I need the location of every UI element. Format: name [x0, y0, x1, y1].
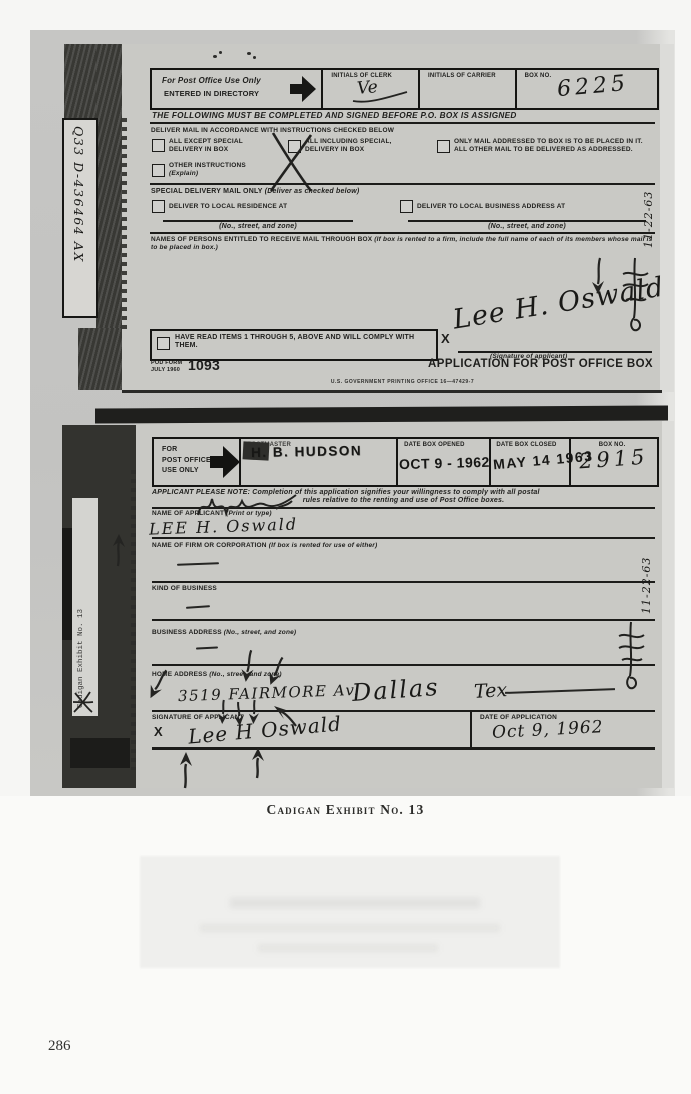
form2-dark-block	[70, 738, 130, 768]
form1-header-box: For Post Office Use Only ENTERED IN DIRE…	[150, 68, 659, 110]
bleed-through-line	[230, 898, 480, 908]
annotation-arrow-down	[588, 258, 608, 294]
annotation-arrow-down	[215, 700, 231, 725]
agreement-text: HAVE READ ITEMS 1 THROUGH 5, ABOVE AND W…	[175, 334, 425, 351]
date-opened-stamp: OCT 9 - 1962	[399, 454, 490, 472]
date-box-closed-label: DATE BOX CLOSED	[496, 442, 556, 449]
form2-header-cell-closed: DATE BOX CLOSED MAY 14 1963	[489, 439, 568, 485]
form1-margin-date: 11-22-63	[642, 184, 655, 248]
form1-bottom-edge	[122, 390, 662, 393]
rule	[152, 581, 655, 583]
form2-film-serration	[131, 470, 136, 770]
rule	[150, 183, 655, 185]
stray-mark	[253, 56, 256, 59]
stray-mark	[247, 52, 251, 55]
checkbox-all-except	[152, 139, 165, 152]
right-arrow-icon	[290, 76, 316, 102]
checkbox-other-instructions-label: OTHER INSTRUCTIONS (Explain)	[169, 162, 264, 178]
use-only-line3: USE ONLY	[162, 467, 199, 474]
form1-notice: THE FOLLOWING MUST BE COMPLETED AND SIGN…	[152, 111, 517, 121]
annotation-arrow-up	[176, 752, 194, 788]
margin-initials-scribble	[620, 256, 650, 336]
zone-caption-left: (No., street, and zone)	[163, 223, 353, 231]
checkbox-local-business	[400, 200, 413, 213]
stray-mark	[213, 55, 217, 58]
signature-x-mark: X	[441, 331, 450, 347]
form2-film-edge-dark-strip	[62, 528, 72, 640]
special-heading-text: SPECIAL DELIVERY MAIL ONLY	[151, 188, 263, 195]
form1-names-heading: NAMES OF PERSONS ENTITLED TO RECEIVE MAI…	[151, 236, 655, 252]
checkbox-all-except-label: ALL EXCEPT SPECIAL DELIVERY IN BOX	[169, 138, 255, 154]
names-heading-text: NAMES OF PERSONS ENTITLED TO RECEIVE MAI…	[151, 236, 372, 243]
checkbox-local-residence-label: DELIVER TO LOCAL RESIDENCE AT	[169, 203, 287, 211]
pod-form-label: POD FORM JULY 1960	[151, 360, 182, 373]
pod-form-number: 1093	[188, 357, 220, 374]
box-number-handwriting: 6225	[556, 71, 630, 102]
checkbox-other-instructions	[152, 164, 165, 177]
use-only-line2: POST OFFICE	[162, 457, 211, 464]
pod-form-line1: POD FORM	[151, 360, 182, 366]
bleed-through-line	[258, 944, 438, 952]
rule	[152, 537, 655, 539]
exhibit-caption: Cadigan Exhibit No. 13	[0, 802, 691, 818]
pen-swoosh	[351, 90, 409, 104]
use-only-line1: FOR	[162, 446, 177, 453]
pod-form-line2: JULY 1960	[151, 367, 180, 373]
address-line	[408, 220, 646, 222]
right-arrow-icon	[210, 446, 240, 478]
rule	[152, 747, 655, 750]
form2-evidence-tag-label: Cadigan Exhibit No. 13	[77, 502, 85, 708]
form2-use-only-label: FOR POST OFFICE USE ONLY	[162, 445, 211, 477]
stray-mark	[219, 51, 222, 54]
firm-label: NAME OF FIRM OR CORPORATION (If box is r…	[152, 542, 377, 550]
column-divider	[470, 711, 472, 748]
annotation-arrow-hook	[274, 706, 298, 728]
gpo-imprint: U.S. GOVERNMENT PRINTING OFFICE 16—47429…	[150, 379, 655, 385]
kind-of-business-label: KIND OF BUSINESS	[152, 585, 217, 593]
initials-of-carrier-label: INITIALS OF CARRIER	[428, 73, 496, 80]
form2-header-box: FOR POST OFFICE USE ONLY POSTMASTER H. B…	[152, 437, 659, 487]
other-instructions-sub: (Explain)	[169, 170, 198, 177]
annotation-arrow-down	[246, 700, 261, 725]
box-no-label: BOX NO.	[525, 73, 552, 80]
annotation-arrow-down	[231, 702, 247, 727]
form2-header-cell-opened: DATE BOX OPENED OCT 9 - 1962	[396, 439, 489, 485]
checkbox-only-mail-label: ONLY MAIL ADDRESSED TO BOX IS TO BE PLAC…	[454, 138, 654, 154]
scanned-document-page: Q33 D-436464 AX For Post Office Use Only…	[0, 0, 691, 1094]
rule	[152, 664, 655, 666]
zone-caption-right: (No., street, and zone)	[408, 223, 646, 231]
rule	[152, 619, 655, 621]
form2-margin-date: 11-22-63	[640, 550, 653, 614]
page-number: 286	[48, 1038, 71, 1055]
form1-film-serration	[122, 118, 127, 332]
address-line	[163, 220, 353, 222]
date-box-opened-label: DATE BOX OPENED	[404, 442, 465, 449]
special-heading-sub: (Deliver as checked below)	[265, 188, 360, 195]
form1-film-edge-bottom	[78, 328, 122, 390]
postmaster-stamp: H. B. HUDSON	[251, 443, 362, 460]
form1-paper-edge	[660, 44, 674, 392]
form1-evidence-tag: Q33 D-436464 AX	[62, 118, 98, 318]
checkbox-all-including-label: ALL INCLUDING SPECIAL, DELIVERY IN BOX	[305, 138, 413, 154]
tag-pen-mark	[72, 690, 94, 714]
form1-entered-directory-label: ENTERED IN DIRECTORY	[164, 89, 259, 98]
rule	[150, 122, 655, 124]
bleed-through-line	[200, 924, 500, 932]
firm-label-sub: (If box is rented for use of either)	[269, 542, 378, 549]
margin-initials-scribble	[616, 620, 646, 692]
business-label-sub: (No., street, and zone)	[224, 629, 297, 636]
form2-paper-edge	[662, 421, 674, 788]
annotation-arrow-up	[248, 748, 266, 778]
business-address-label: BUSINESS ADDRESS (No., street, and zone)	[152, 629, 296, 637]
checkbox-local-business-label: DELIVER TO LOCAL BUSINESS ADDRESS AT	[417, 203, 565, 211]
checkbox-local-residence	[152, 200, 165, 213]
form2-signature-x-mark: X	[154, 724, 163, 740]
form1-special-heading: SPECIAL DELIVERY MAIL ONLY (Deliver as c…	[151, 188, 359, 196]
checkbox-only-mail	[437, 140, 450, 153]
business-label-text: BUSINESS ADDRESS	[152, 629, 222, 636]
form2-evidence-tag	[72, 498, 98, 716]
form2-header-cell-postmaster: POSTMASTER H. B. HUDSON	[239, 439, 396, 485]
form2-header-cell-use: FOR POST OFFICE USE ONLY	[154, 439, 239, 485]
form1-header-cell-clerk: INITIALS OF CLERK Ve	[321, 70, 418, 108]
form1-header-cell-use: For Post Office Use Only ENTERED IN DIRE…	[152, 70, 321, 108]
form2-top-dark-band	[95, 405, 668, 423]
form1-header-cell-boxno: BOX NO. 6225	[515, 70, 657, 108]
firm-label-text: NAME OF FIRM OR CORPORATION	[152, 542, 267, 549]
form1-header-cell-carrier: INITIALS OF CARRIER	[418, 70, 515, 108]
annotation-arrow-up	[110, 534, 128, 566]
home-address-state-handwriting: Tex	[473, 679, 507, 703]
form1-title: APPLICATION FOR POST OFFICE BOX	[400, 358, 653, 372]
form1-use-only-label: For Post Office Use Only	[162, 76, 261, 86]
rule	[150, 232, 655, 234]
agreement-checkbox	[157, 337, 170, 350]
other-instructions-text: OTHER INSTRUCTIONS	[169, 162, 246, 169]
form1-evidence-tag-label: Q33 D-436464 AX	[71, 126, 86, 263]
